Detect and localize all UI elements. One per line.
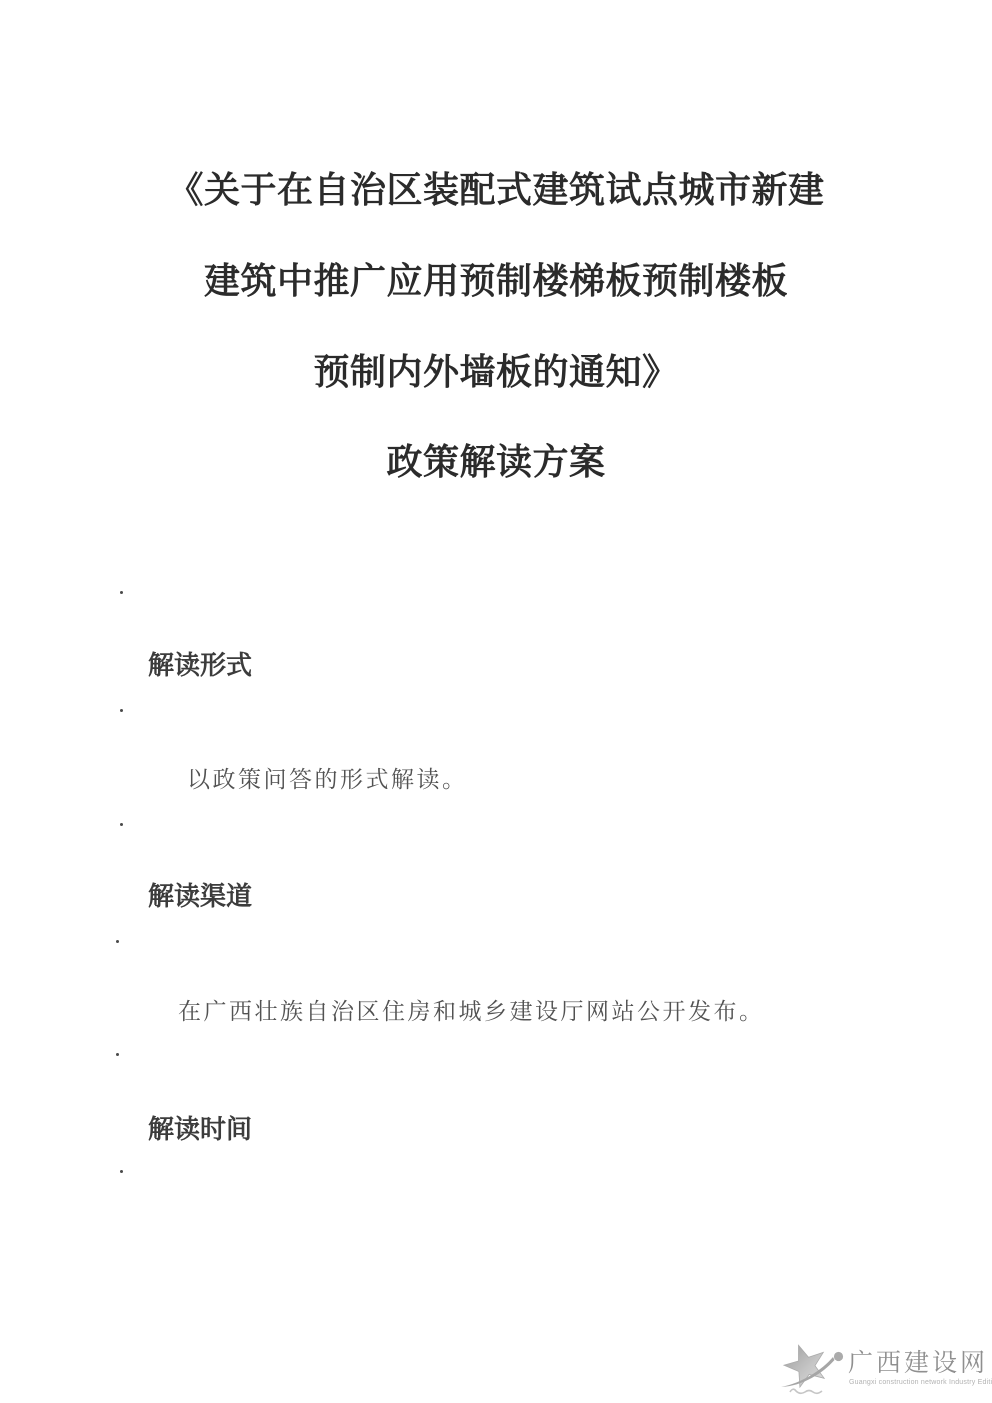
margin-bullet-dot <box>120 709 123 712</box>
site-name: 广西建设网 <box>848 1350 988 1378</box>
document-title-line-2: 建筑中推广应用预制楼梯板预制楼板 <box>0 260 992 302</box>
section-heading-interpretation-channel: 解读渠道 <box>148 881 252 911</box>
star-swoosh-logo-icon <box>776 1342 848 1398</box>
margin-bullet-dot <box>116 1053 119 1056</box>
document-page: 《关于在自治区装配式建筑试点城市新建 建筑中推广应用预制楼梯板预制楼板 预制内外… <box>0 0 992 1403</box>
margin-bullet-dot <box>120 1170 123 1173</box>
section-heading-interpretation-time: 解读时间 <box>148 1114 252 1144</box>
document-title-line-1: 《关于在自治区装配式建筑试点城市新建 <box>0 169 992 211</box>
document-title-line-4: 政策解读方案 <box>0 441 992 483</box>
section-heading-interpretation-form: 解读形式 <box>148 650 252 680</box>
logo-signature-scribble <box>790 1389 822 1393</box>
site-watermark-logo: 广西建设网 Guangxi construction network Indus… <box>776 1340 988 1398</box>
margin-bullet-dot <box>116 940 119 943</box>
margin-bullet-dot <box>120 591 123 594</box>
document-title-line-3: 预制内外墙板的通知》 <box>0 351 992 393</box>
section-body-interpretation-channel: 在广西壮族自治区住房和城乡建设厅网站公开发布。 <box>178 997 765 1027</box>
site-tagline: Guangxi construction network Industry Ed… <box>849 1379 992 1387</box>
swoosh-ball <box>834 1352 843 1361</box>
margin-bullet-dot <box>120 823 123 826</box>
section-body-interpretation-form: 以政策问答的形式解读。 <box>187 765 468 795</box>
